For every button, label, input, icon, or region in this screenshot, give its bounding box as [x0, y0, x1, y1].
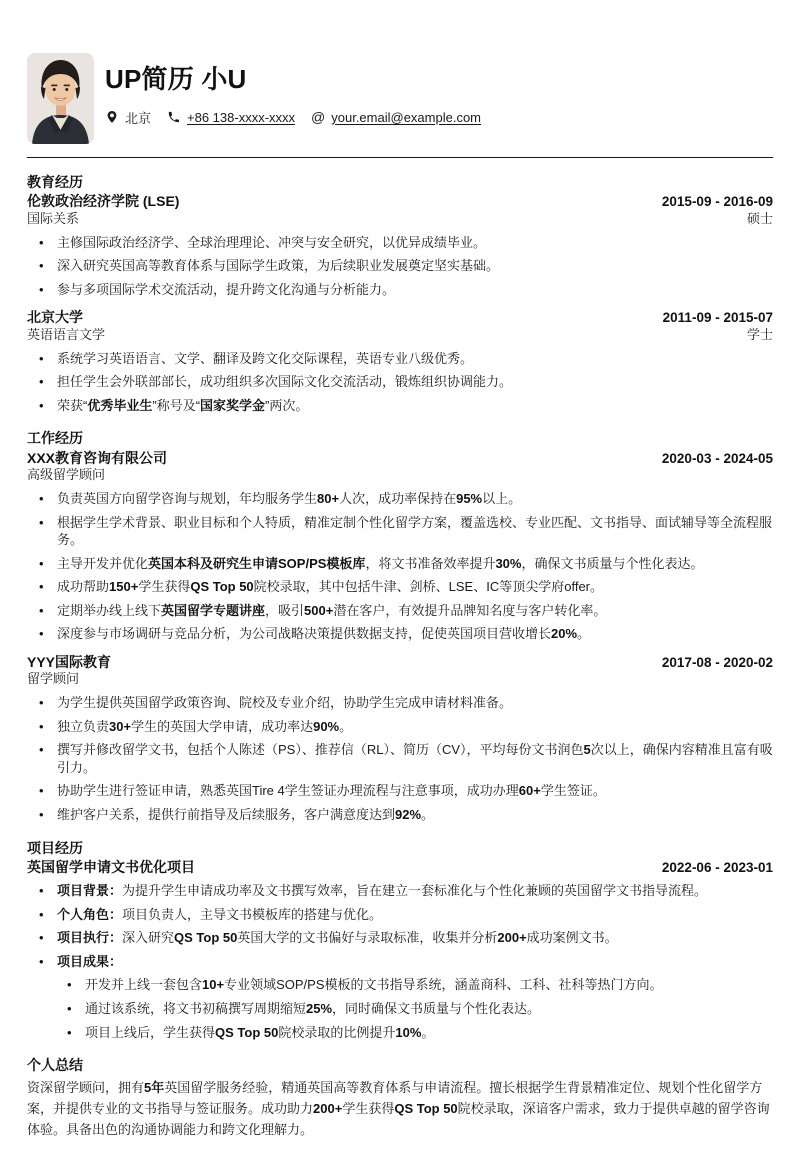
- profile-photo-illustration: [27, 53, 94, 144]
- sub-bullet-item: 开发并上线一套包含10+专业领域SOP/PS模板的文书指导系统，涵盖商科、工科、…: [57, 976, 773, 994]
- bullet-list: 为学生提供英国留学政策咨询、院校及专业介绍，协助学生完成申请材料准备。 独立负责…: [27, 694, 773, 823]
- major-name: 英语语言文学: [27, 327, 105, 344]
- bullet-item: 深度参与市场调研与竞品分析，为公司战略决策提供数据支持，促使英国项目营收增长20…: [27, 625, 773, 643]
- school-name: 伦敦政治经济学院 (LSE): [27, 192, 179, 210]
- contact-row: 北京 +86 138-xxxx-xxxx @ your.email@exampl…: [105, 108, 481, 127]
- sub-bullet-item: 通过该系统，将文书初稿撰写周期缩短25%，同时确保文书质量与个性化表达。: [57, 1000, 773, 1018]
- entry-date: 2015-09 - 2016-09: [662, 193, 773, 211]
- candidate-name: UP简历 小U: [105, 65, 481, 95]
- header-text: UP简历 小U 北京 +86 138-xxxx-xxxx @ your.em: [105, 53, 481, 127]
- bullet-item: 参与多项国际学术交流活动，提升跨文化沟通与分析能力。: [27, 281, 773, 299]
- bullet-item: 定期举办线上线下英国留学专题讲座，吸引500+潜在客户，有效提升品牌知名度与客户…: [27, 602, 773, 620]
- entry-sub-row: 国际关系 硕士: [27, 211, 773, 228]
- major-name: 国际关系: [27, 211, 79, 228]
- bullet-item: 为学生提供英国留学政策咨询、院校及专业介绍，协助学生完成申请材料准备。: [27, 694, 773, 712]
- at-sign-icon: @: [311, 110, 325, 124]
- section-summary: 个人总结 资深留学顾问，拥有5年英国留学服务经验，精通英国高等教育体系与申请流程…: [27, 1056, 773, 1140]
- resume-header: UP简历 小U 北京 +86 138-xxxx-xxxx @ your.em: [27, 53, 773, 144]
- phone-icon: [167, 110, 181, 124]
- entry-title-row: XXX教育咨询有限公司 2020-03 - 2024-05: [27, 449, 773, 468]
- bullet-item: 协助学生进行签证申请，熟悉英国Tire 4学生签证办理流程与注意事项，成功办理6…: [27, 782, 773, 800]
- entry-date: 2020-03 - 2024-05: [662, 450, 773, 468]
- entry-sub-row: 高级留学顾问: [27, 467, 773, 484]
- entry-date: 2022-06 - 2023-01: [662, 859, 773, 877]
- email-link[interactable]: your.email@example.com: [331, 110, 481, 125]
- entry-date: 2011-09 - 2015-07: [663, 309, 773, 327]
- location-pin-icon: [105, 110, 119, 124]
- bullet-item: 主导开发并优化英国本科及研究生申请SOP/PS模板库，将文书准备效率提升30%，…: [27, 555, 773, 573]
- location-text: 北京: [125, 108, 151, 127]
- entry-title-row: 伦敦政治经济学院 (LSE) 2015-09 - 2016-09: [27, 192, 773, 211]
- bullet-item: 荣获“优秀毕业生”称号及“国家奖学金”两次。: [27, 397, 773, 415]
- bullet-list: 项目背景：为提升学生申请成功率及文书撰写效率，旨在建立一套标准化与个性化兼顾的英…: [27, 882, 773, 1041]
- bullet-item: 深入研究英国高等教育体系与国际学生政策，为后续职业发展奠定坚实基础。: [27, 257, 773, 275]
- job-title: 留学顾问: [27, 671, 79, 688]
- bullet-item: 担任学生会外联部部长，成功组织多次国际文化交流活动，锻炼组织协调能力。: [27, 373, 773, 391]
- education-entry: 北京大学 2011-09 - 2015-07 英语语言文学 学士 系统学习英语语…: [27, 308, 773, 414]
- email-item: @ your.email@example.com: [311, 110, 481, 125]
- bullet-item: 撰写并修改留学文书，包括个人陈述（PS）、推荐信（RL）、简历（CV），平均每份…: [27, 741, 773, 776]
- section-heading-work: 工作经历: [27, 429, 773, 447]
- profile-photo: [27, 53, 94, 144]
- degree-name: 学士: [747, 327, 773, 344]
- section-heading-projects: 项目经历: [27, 839, 773, 857]
- header-divider: [27, 157, 773, 158]
- summary-paragraph: 资深留学顾问，拥有5年英国留学服务经验，精通英国高等教育体系与申请流程。擅长根据…: [27, 1077, 773, 1140]
- project-name: 英国留学申请文书优化项目: [27, 858, 195, 876]
- work-entry: XXX教育咨询有限公司 2020-03 - 2024-05 高级留学顾问 负责英…: [27, 449, 773, 643]
- section-heading-summary: 个人总结: [27, 1056, 773, 1074]
- phone-link[interactable]: +86 138-xxxx-xxxx: [187, 110, 295, 125]
- bullet-item-results: 项目成果： 开发并上线一套包含10+专业领域SOP/PS模板的文书指导系统，涵盖…: [27, 953, 773, 1041]
- company-name: YYY国际教育: [27, 653, 111, 671]
- job-title: 高级留学顾问: [27, 467, 105, 484]
- bullet-item: 项目背景：为提升学生申请成功率及文书撰写效率，旨在建立一套标准化与个性化兼顾的英…: [27, 882, 773, 900]
- school-name: 北京大学: [27, 308, 83, 326]
- entry-date: 2017-08 - 2020-02: [662, 654, 773, 672]
- bullet-list: 负责英国方向留学咨询与规划，年均服务学生80+人次，成功率保持在95%以上。 根…: [27, 490, 773, 643]
- bullet-list: 系统学习英语语言、文学、翻译及跨文化交际课程，英语专业八级优秀。 担任学生会外联…: [27, 350, 773, 415]
- sub-bullet-item: 项目上线后，学生获得QS Top 50院校录取的比例提升10%。: [57, 1024, 773, 1042]
- phone-item: +86 138-xxxx-xxxx: [167, 110, 295, 125]
- section-work: 工作经历 XXX教育咨询有限公司 2020-03 - 2024-05 高级留学顾…: [27, 429, 773, 823]
- entry-title-row: YYY国际教育 2017-08 - 2020-02: [27, 653, 773, 672]
- bullet-item: 主修国际政治经济学、全球治理理论、冲突与安全研究，以优异成绩毕业。: [27, 234, 773, 252]
- bullet-item: 系统学习英语语言、文学、翻译及跨文化交际课程，英语专业八级优秀。: [27, 350, 773, 368]
- bullet-item: 负责英国方向留学咨询与规划，年均服务学生80+人次，成功率保持在95%以上。: [27, 490, 773, 508]
- sub-bullet-list: 开发并上线一套包含10+专业领域SOP/PS模板的文书指导系统，涵盖商科、工科、…: [57, 976, 773, 1041]
- bullet-item: 维护客户关系，提供行前指导及后续服务，客户满意度达到92%。: [27, 806, 773, 824]
- work-entry: YYY国际教育 2017-08 - 2020-02 留学顾问 为学生提供英国留学…: [27, 653, 773, 824]
- bullet-item: 成功帮助150+学生获得QS Top 50院校录取，其中包括牛津、剑桥、LSE、…: [27, 578, 773, 596]
- bullet-list: 主修国际政治经济学、全球治理理论、冲突与安全研究，以优异成绩毕业。 深入研究英国…: [27, 234, 773, 299]
- bullet-item: 独立负责30+学生的英国大学申请，成功率达90%。: [27, 718, 773, 736]
- bullet-item: 个人角色：项目负责人，主导文书模板库的搭建与优化。: [27, 906, 773, 924]
- entry-sub-row: 留学顾问: [27, 671, 773, 688]
- section-projects: 项目经历 英国留学申请文书优化项目 2022-06 - 2023-01 项目背景…: [27, 839, 773, 1042]
- project-entry: 英国留学申请文书优化项目 2022-06 - 2023-01 项目背景：为提升学…: [27, 858, 773, 1041]
- degree-name: 硕士: [747, 211, 773, 228]
- section-education: 教育经历 伦敦政治经济学院 (LSE) 2015-09 - 2016-09 国际…: [27, 173, 773, 414]
- location-item: 北京: [105, 108, 151, 127]
- resume-page: UP简历 小U 北京 +86 138-xxxx-xxxx @ your.em: [0, 0, 800, 1154]
- company-name: XXX教育咨询有限公司: [27, 449, 167, 467]
- entry-title-row: 英国留学申请文书优化项目 2022-06 - 2023-01: [27, 858, 773, 877]
- entry-title-row: 北京大学 2011-09 - 2015-07: [27, 308, 773, 327]
- bullet-item: 项目执行：深入研究QS Top 50英国大学的文书偏好与录取标准，收集并分析20…: [27, 929, 773, 947]
- entry-sub-row: 英语语言文学 学士: [27, 327, 773, 344]
- bullet-item: 根据学生学术背景、职业目标和个人特质，精准定制个性化留学方案，覆盖选校、专业匹配…: [27, 514, 773, 549]
- education-entry: 伦敦政治经济学院 (LSE) 2015-09 - 2016-09 国际关系 硕士…: [27, 192, 773, 298]
- section-heading-education: 教育经历: [27, 173, 773, 191]
